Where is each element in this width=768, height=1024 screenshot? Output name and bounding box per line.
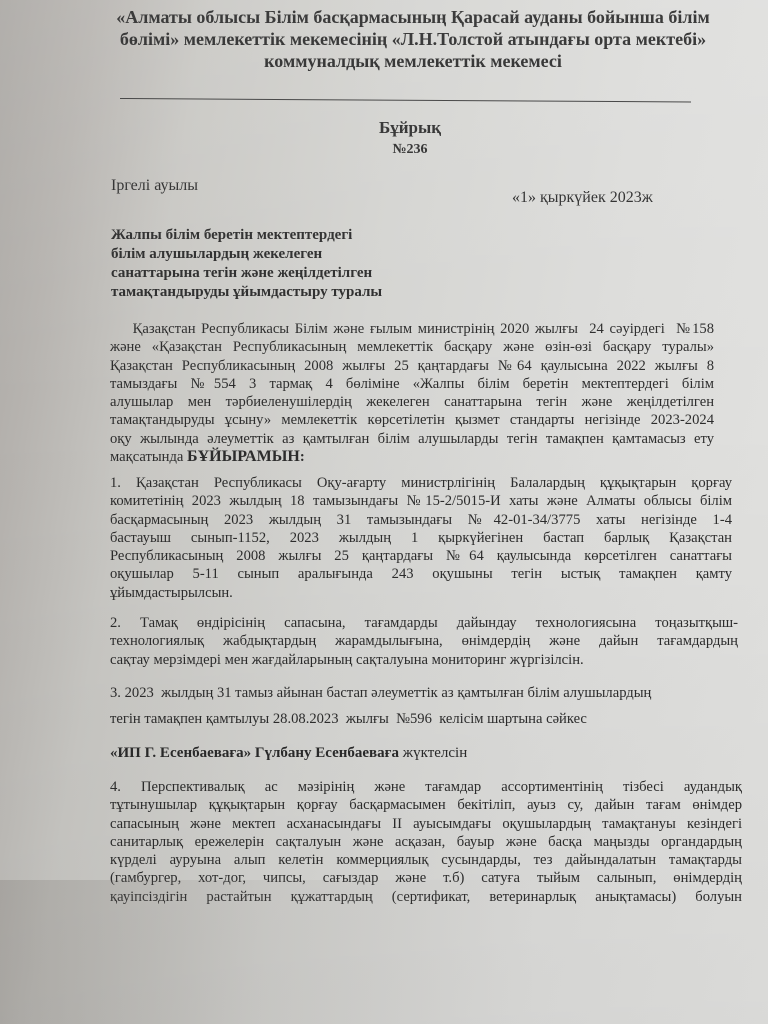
header-line-3: коммуналдық мемлекеттік мекемесі [108,50,718,72]
paragraph-line: бастауыш сынып-1152, 2023 жылдың 1 қыркү… [110,529,732,547]
assignee-action: жүктелсін [399,745,467,761]
assignee-name: «ИП Г. Есенбаеваға» Гүлбану Есенбаеваға [110,745,399,761]
institution-header: «Алматы облысы Білім басқармасының Қарас… [108,6,718,72]
paragraph-line: және «Қазақстан Республикасының мемлекет… [110,338,714,356]
order-date: «1» қыркүйек 2023ж [512,189,653,207]
paragraph-line: тегін тамақпен қамтылуы 28.08.2023 жылғы… [110,710,730,728]
paragraph-line: алушылар мен тәрбиеленушілердің жекелеге… [110,393,714,411]
paragraph-line: технологиялық жабдықтардың жарамдылығына… [110,632,738,650]
order-subject: Жалпы білім беретін мектептердегі білім … [111,226,382,302]
subject-line: тамақтандыруды ұйымдастыру туралы [111,283,382,302]
paragraph-line: ұйымдастырылсын. [110,584,732,602]
preamble-prefix: мақсатында [110,449,187,465]
order-item-2: 2. Тамақ өндірісінің сапасына, тағамдард… [110,614,738,669]
paragraph-line: комитетінің 2023 жылдың 18 тамызындағы №… [110,492,732,510]
order-item-4: 4. Перспективалық ас мәзірінің және таға… [110,778,742,906]
paragraph-line: мақсатында БҰЙЫРАМЫН: [110,448,714,466]
paragraph-line: 2. Тамақ өндірісінің сапасына, тағамдард… [110,614,738,632]
paragraph-line: 3. 2023 жылдың 31 тамыз айынан бастап әл… [110,684,730,702]
paragraph-line: тамыздағы №554 3 тармақ 4 бөліміне «Жалп… [110,375,714,393]
paragraph-line: Қазақстан Республикасы Білім және ғылым … [110,320,714,338]
preamble-paragraph: Қазақстан Республикасы Білім және ғылым … [110,320,714,466]
paragraph-line: сақтау мерзімдері мен жағдайларының сақт… [110,651,738,669]
paragraph-line: Қазақстан Республикасының 2008 жылғы 25 … [110,357,714,375]
subject-line: білім алушылардың жекелеген [111,245,382,264]
order-keyword-colon: : [300,449,305,465]
paragraph-line: (гамбургер, хот-дог, чипсы, сағыздар жән… [110,869,742,887]
paragraph-line: 4. Перспективалық ас мәзірінің және таға… [110,778,742,796]
paragraph-line: оқу жылында әлеуметтік аз қамтылған білі… [110,430,714,448]
order-keyword: БҰЙЫРАМЫН [187,448,300,465]
order-item-1: 1. Қазақстан Республикасы Оқу-ағарту мин… [110,474,732,602]
paragraph-line: тамақтандыруды ұсыну» мемлекеттік көрсет… [110,411,714,429]
order-title: Бұйрық [340,118,480,138]
paragraph-line: күрделі ауруына алып келетін коммерциялы… [110,851,742,869]
paragraph-line: тұтынушылар құқықтарын қорғау басқармасы… [110,796,742,814]
order-item-3-line-1: 3. 2023 жылдың 31 тамыз айынан бастап әл… [110,684,730,702]
paragraph-line: басқармасының 2023 жылдың 31 тамызындағы… [110,511,732,529]
paragraph-line: сапасының және мектеп асханасындағы ІІ а… [110,815,742,833]
header-divider [120,98,691,102]
paragraph-line: оқушылар 5-11 сынып аралығында 243 оқушы… [110,565,732,583]
subject-line: санаттарына тегін және жеңілдетілген [111,264,382,283]
header-line-2: бөлімі» мемлекеттік мекемесінің «Л.Н.Тол… [108,28,718,50]
subject-line: Жалпы білім беретін мектептердегі [111,226,382,245]
assignee-line: «ИП Г. Есенбаеваға» Гүлбану Есенбаеваға … [110,745,467,762]
document-photo: «Алматы облысы Білім басқармасының Қарас… [0,0,768,1024]
header-line-1: «Алматы облысы Білім басқармасының Қарас… [108,6,718,28]
paragraph-line: санитарлық ережелерін сақталуын және асқ… [110,833,742,851]
paragraph-line: қауіпсіздігін растайтын құжаттардың (сер… [110,888,742,906]
order-number: №236 [340,141,480,159]
order-item-3-line-2: тегін тамақпен қамтылуы 28.08.2023 жылғы… [110,710,730,728]
order-place: Іргелі ауылы [111,177,198,195]
paragraph-line: 1. Қазақстан Республикасы Оқу-ағарту мин… [110,474,732,492]
paragraph-line: Республикасының 2008 жылғы 25 қаңтардағы… [110,547,732,565]
